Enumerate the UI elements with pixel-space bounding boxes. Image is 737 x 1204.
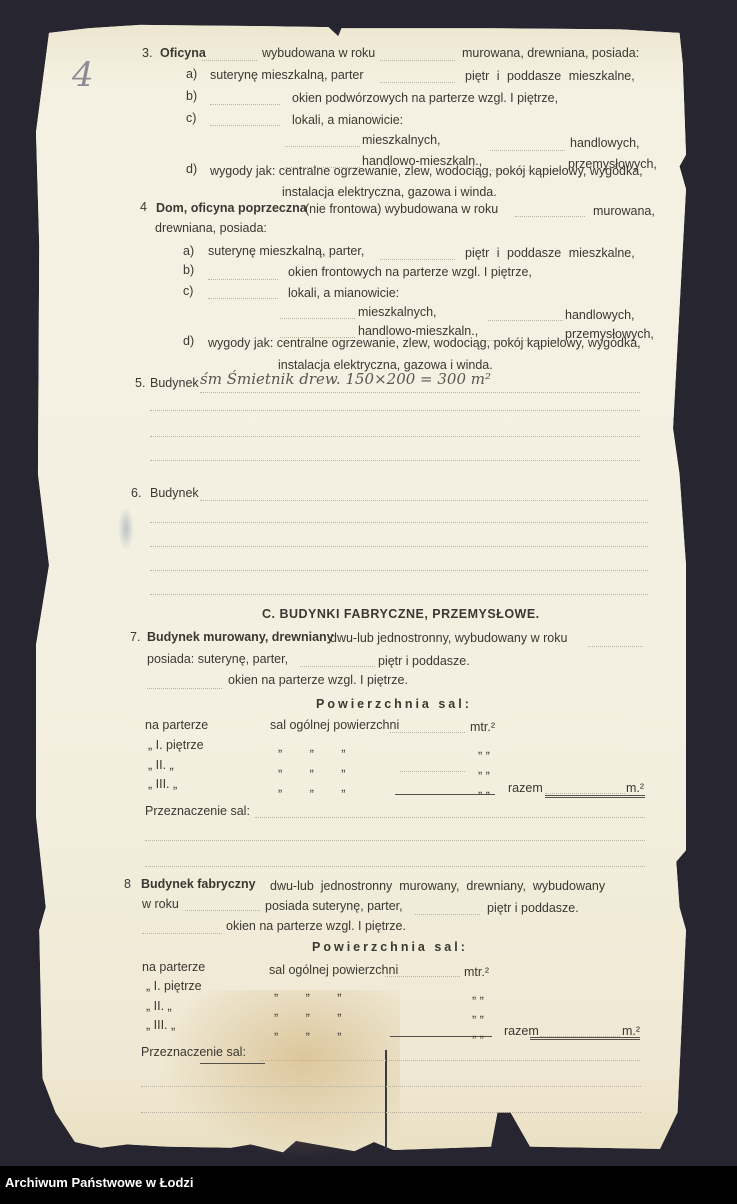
section7-row-floor: na parterze [145,718,208,732]
section4-b-blank [208,279,278,280]
section3-res-blank [285,146,360,147]
section8-line2-end: piętr i poddasze. [487,901,579,915]
section8-purpose-underline [200,1063,265,1064]
section3-a-end: piętr i poddasze mieszkalne, [465,69,635,83]
section7-year-blank [588,646,643,647]
section8-total-label: razem [504,1024,539,1038]
section3-material: murowana, drewniana, posiada: [462,46,639,60]
section-c-heading: C. BUDYNKI FABRYCZNE, PRZEMYSŁOWE. [262,607,540,621]
section3-d-text: wygody jak: centralne ogrzewanie, zlew, … [210,164,643,178]
section6-line-4 [150,570,648,571]
section4-c-blank [208,298,278,299]
section6-line-5 [150,594,648,595]
section7-total-unit: m.² [626,781,644,795]
document-content: 4 3. Oficyna wybudowana w roku murowana,… [0,0,737,1166]
section5-line-2 [150,410,640,411]
section3-num: 3. [142,46,152,60]
section8-row-unit: „ „ [472,987,484,1001]
section3-year-blank [380,60,455,61]
section8-row-unit: „ „ [472,1026,484,1040]
section7-rest: dwu-lub jednostronny, wybudowany w roku [330,631,567,645]
section4-com-blank [488,320,563,321]
section3-c-label: c) [186,111,196,125]
section8-purpose-line-1 [260,1060,640,1061]
section8-row-blank [385,976,460,977]
section7-line2-end: piętr i poddasze. [378,654,470,668]
section4-num: 4 [140,200,147,214]
section3-a-label: a) [186,67,197,81]
section3-b-label: b) [186,89,197,103]
section7-row-desc: „ „ „ [278,760,357,774]
section7-num: 7. [130,630,140,644]
section4-c-com: handlowych, [565,308,635,322]
section7-row-floor: „ I. piętrze [148,738,204,752]
section3-c-text: lokali, a mianowicie: [292,113,403,127]
section4-c-label: c) [183,284,193,298]
section6-label: Budynek [150,486,199,500]
section8-title: Budynek fabryczny [141,877,256,891]
section4-material: murowana, [593,204,655,218]
section3-a-blank [380,82,455,83]
section7-line3: okien na parterze wzgl. I piętrze. [228,673,408,687]
section4-a-blank [380,259,455,260]
section5-num: 5. [135,376,145,390]
section3-c-blank [210,125,280,126]
section3-blank [202,60,257,61]
section8-row-floor: „ II. „ [146,999,172,1013]
section8-rest: dwu-lub jednostronny murowany, drewniany… [270,879,605,893]
section7-total-blank [545,793,625,794]
section3-built: wybudowana w roku [262,46,375,60]
section7-purpose: Przeznaczenie sal: [145,804,250,818]
section3-title: Oficyna [160,46,206,60]
section8-line2b: posiada suterynę, parter, [265,899,403,913]
archive-caption: Archiwum Państwowe w Łodzi [5,1175,194,1190]
section6-num: 6. [131,486,141,500]
section7-row-floor: „ II. „ [148,758,174,772]
section8-purpose-line-2 [141,1086,641,1087]
section7-line2: posiada: suterynę, parter, [147,652,288,666]
section3-com-blank [490,150,565,151]
section8-row-unit: „ „ [472,1006,484,1020]
section7-purpose-line-3 [145,866,645,867]
section4-b-label: b) [183,263,194,277]
section7-total-line [545,795,645,798]
section7-row-unit: „ „ [478,742,490,756]
section4-a-end: piętr i poddasze mieszkalne, [465,246,635,260]
section8-windows-blank [142,933,222,934]
section7-row-blank [390,732,465,733]
section8-row-floor: „ III. „ [146,1018,175,1032]
section8-purpose-line-3 [141,1112,641,1113]
section8-floors-blank [415,914,480,915]
section3-c-com: handlowych, [570,136,640,150]
section3-b-text: okien podwórzowych na parterze wzgl. I p… [292,91,558,105]
section3-d-text2: instalacja elektryczna, gazowa i winda. [282,185,497,199]
section8-row-desc: „ „ „ [274,1023,353,1037]
section7-purpose-line-2 [145,840,645,841]
section4-material2: drewniana, posiada: [155,221,267,235]
section7-area-heading: Powierzchnia sal: [316,697,472,711]
section7-purpose-line-1 [255,817,645,818]
section8-row-desc: „ „ „ [274,984,353,998]
section8-row-floor: „ I. piętrze [146,979,202,993]
section8-row-desc: „ „ „ [274,1004,353,1018]
section4-a-label: a) [183,244,194,258]
section8-purpose: Przeznaczenie sal: [141,1045,246,1059]
page-mark: 4 [72,55,94,95]
section4-title-rest: (nie frontowa) wybudowana w roku [305,202,498,216]
section7-row-unit: „ „ [478,762,490,776]
section3-b-blank [210,104,280,105]
section4-d-label: d) [183,334,194,348]
section8-total-unit: m.² [622,1024,640,1038]
section3-c-res: mieszkalnych, [362,133,441,147]
section4-title: Dom, oficyna poprzeczna [156,201,307,215]
section7-row-unit: „ „ [478,782,490,796]
section7-title: Budynek murowany, drewniany [147,630,334,644]
section5-line-3 [150,436,640,437]
section8-total-line [530,1037,640,1040]
section5-line-1 [200,392,640,393]
section8-area-heading: Powierzchnia sal: [312,940,468,954]
section8-line2a: w roku [142,897,179,911]
section8-row-floor: na parterze [142,960,205,974]
section4-d-text: wygody jak: centralne ogrzewanie, zlew, … [208,336,641,350]
section7-row-floor: „ III. „ [148,777,177,791]
section7-row-blank [400,771,465,772]
section5-line-4 [150,460,640,461]
section8-year-blank [185,910,260,911]
section6-line-2 [150,522,648,523]
section4-year-blank [515,216,585,217]
section8-row-unit: mtr.² [464,965,489,979]
section6-line-3 [150,546,648,547]
section7-row-desc: „ „ „ [278,740,357,754]
section4-res-blank [280,318,355,319]
section7-windows-blank [147,688,222,689]
section4-c-res: mieszkalnych, [358,305,437,319]
section7-row-unit: mtr.² [470,720,495,734]
section8-num: 8 [124,877,131,891]
section7-row-desc: sal ogólnej powierzchni [270,718,399,732]
section7-row-desc: „ „ „ [278,780,357,794]
section8-line3: okien na parterze wzgl. I piętrze. [226,919,406,933]
section8-row-desc: sal ogólnej powierzchni [269,963,398,977]
section3-d-label: d) [186,162,197,176]
section7-total-label: razem [508,781,543,795]
section7-floors-blank [300,666,375,667]
section5-label: Budynek [150,376,199,390]
section4-a-text: suterynę mieszkalną, parter, [208,244,364,258]
section4-b-text: okien frontowych na parterze wzgl. I pię… [288,265,532,279]
section5-handwritten-entry: śm Śmietnik drew. 150×200 = 300 m² [200,370,491,388]
section3-a-text: suterynę mieszkalną, parter [210,68,364,82]
section4-c-text: lokali, a mianowicie: [288,286,399,300]
section6-line-1 [200,500,648,501]
